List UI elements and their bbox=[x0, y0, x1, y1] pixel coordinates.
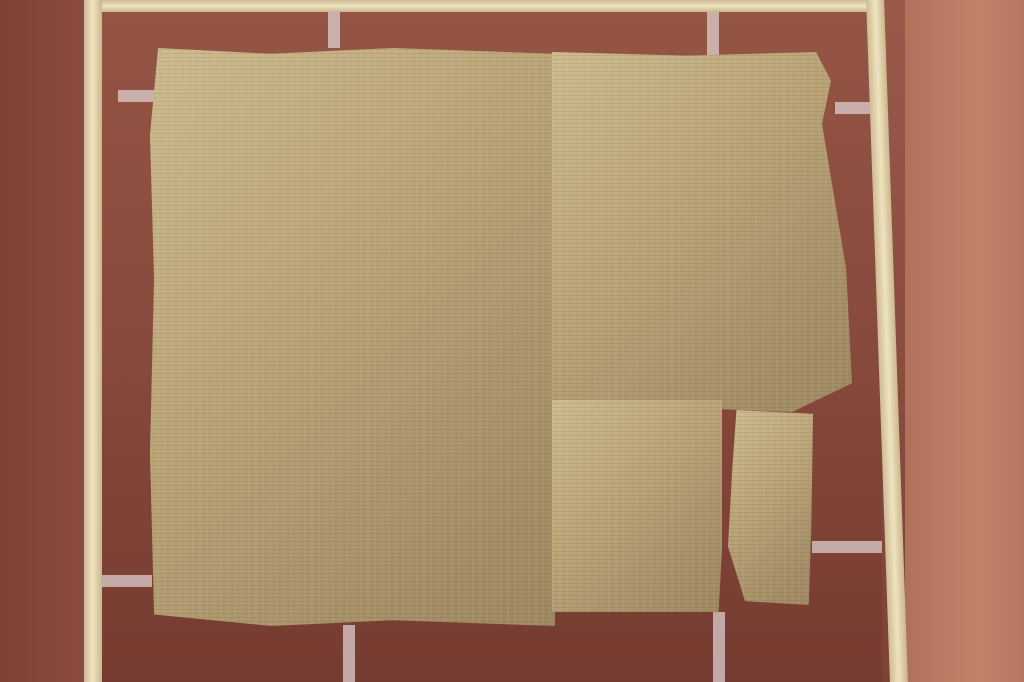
support-strip bbox=[328, 10, 340, 48]
wall-left bbox=[0, 0, 85, 682]
papyrus-lower-right-fragment bbox=[552, 400, 722, 612]
script-line bbox=[557, 455, 722, 471]
script-line bbox=[190, 423, 555, 439]
support-strip bbox=[713, 612, 725, 682]
script-line bbox=[557, 372, 852, 388]
wall-right bbox=[905, 0, 1024, 682]
script-line bbox=[557, 420, 722, 436]
script-line bbox=[557, 570, 722, 586]
script-line bbox=[200, 150, 555, 166]
script-line bbox=[200, 113, 555, 129]
script-line bbox=[557, 302, 852, 318]
script-line bbox=[557, 152, 852, 168]
papyrus-strip-fragment bbox=[728, 410, 813, 605]
script-line bbox=[557, 212, 852, 228]
papyrus-right-fragment bbox=[552, 52, 852, 412]
support-strip bbox=[812, 541, 882, 553]
script-line bbox=[190, 253, 555, 269]
script-line bbox=[200, 200, 555, 216]
script-line bbox=[180, 228, 555, 244]
script-line bbox=[557, 530, 722, 546]
support-strip bbox=[343, 625, 355, 682]
script-line bbox=[190, 453, 555, 469]
script-line bbox=[190, 516, 555, 532]
script-line bbox=[190, 280, 555, 296]
script-line bbox=[557, 242, 852, 258]
script-line bbox=[190, 486, 555, 502]
script-line bbox=[190, 546, 555, 562]
script-line bbox=[190, 308, 555, 324]
script-line bbox=[557, 122, 852, 138]
frame-left bbox=[84, 0, 102, 682]
script-line bbox=[190, 364, 555, 380]
script-line bbox=[200, 173, 555, 189]
script-line bbox=[190, 578, 555, 594]
script-line bbox=[557, 182, 852, 198]
support-strip bbox=[100, 575, 152, 587]
script-line bbox=[190, 336, 555, 352]
papyrus-main-fragment bbox=[150, 48, 555, 626]
frame-top bbox=[100, 0, 882, 12]
support-strip bbox=[707, 10, 719, 60]
script-line bbox=[557, 337, 852, 353]
script-line bbox=[557, 272, 852, 288]
script-line bbox=[557, 490, 722, 506]
script-line bbox=[190, 393, 555, 409]
